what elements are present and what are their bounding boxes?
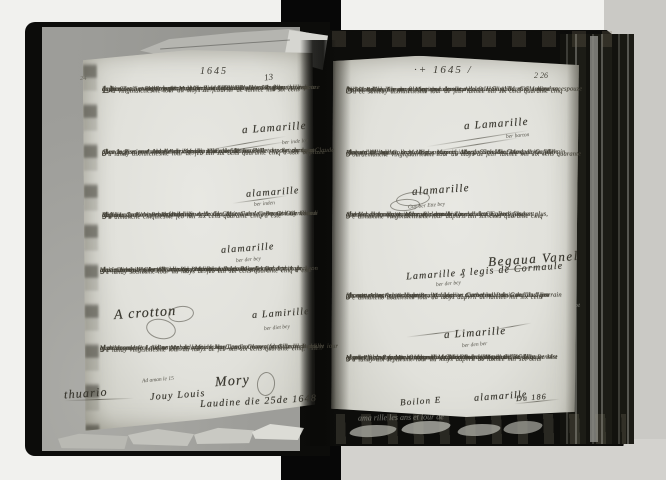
register-entry: Jourdemanche vingtquatriesme iour du moy…	[346, 149, 558, 150]
fore-edge-highlight	[590, 36, 598, 442]
year-header-right: ·+ 1645 /	[414, 64, 473, 76]
register-entry: Je dimanche deuxiesme iour du moys dapvr…	[346, 292, 558, 293]
scanned-register-spread: ama rille les ans et iour de hoz 1645 13…	[0, 0, 666, 480]
folio-mark: 13	[264, 72, 274, 83]
register-entry: Je dimanche vingthuictiesme iour dapvril…	[346, 211, 558, 212]
register-entry: Su ce samedy dixhuictiesme iour de febr …	[346, 86, 558, 87]
folio-number-left: 24	[80, 75, 87, 82]
gutter-shadow	[300, 40, 336, 446]
signature: Mory	[214, 373, 250, 391]
page-right	[331, 55, 579, 440]
register-entry: Ja lundy dix septiesme iour du moys dapv…	[346, 354, 558, 355]
book-top-edge	[332, 31, 612, 47]
year-header-left: 1645	[200, 66, 228, 77]
folio-number-right: 2 26	[534, 71, 548, 80]
page-left	[83, 49, 316, 431]
